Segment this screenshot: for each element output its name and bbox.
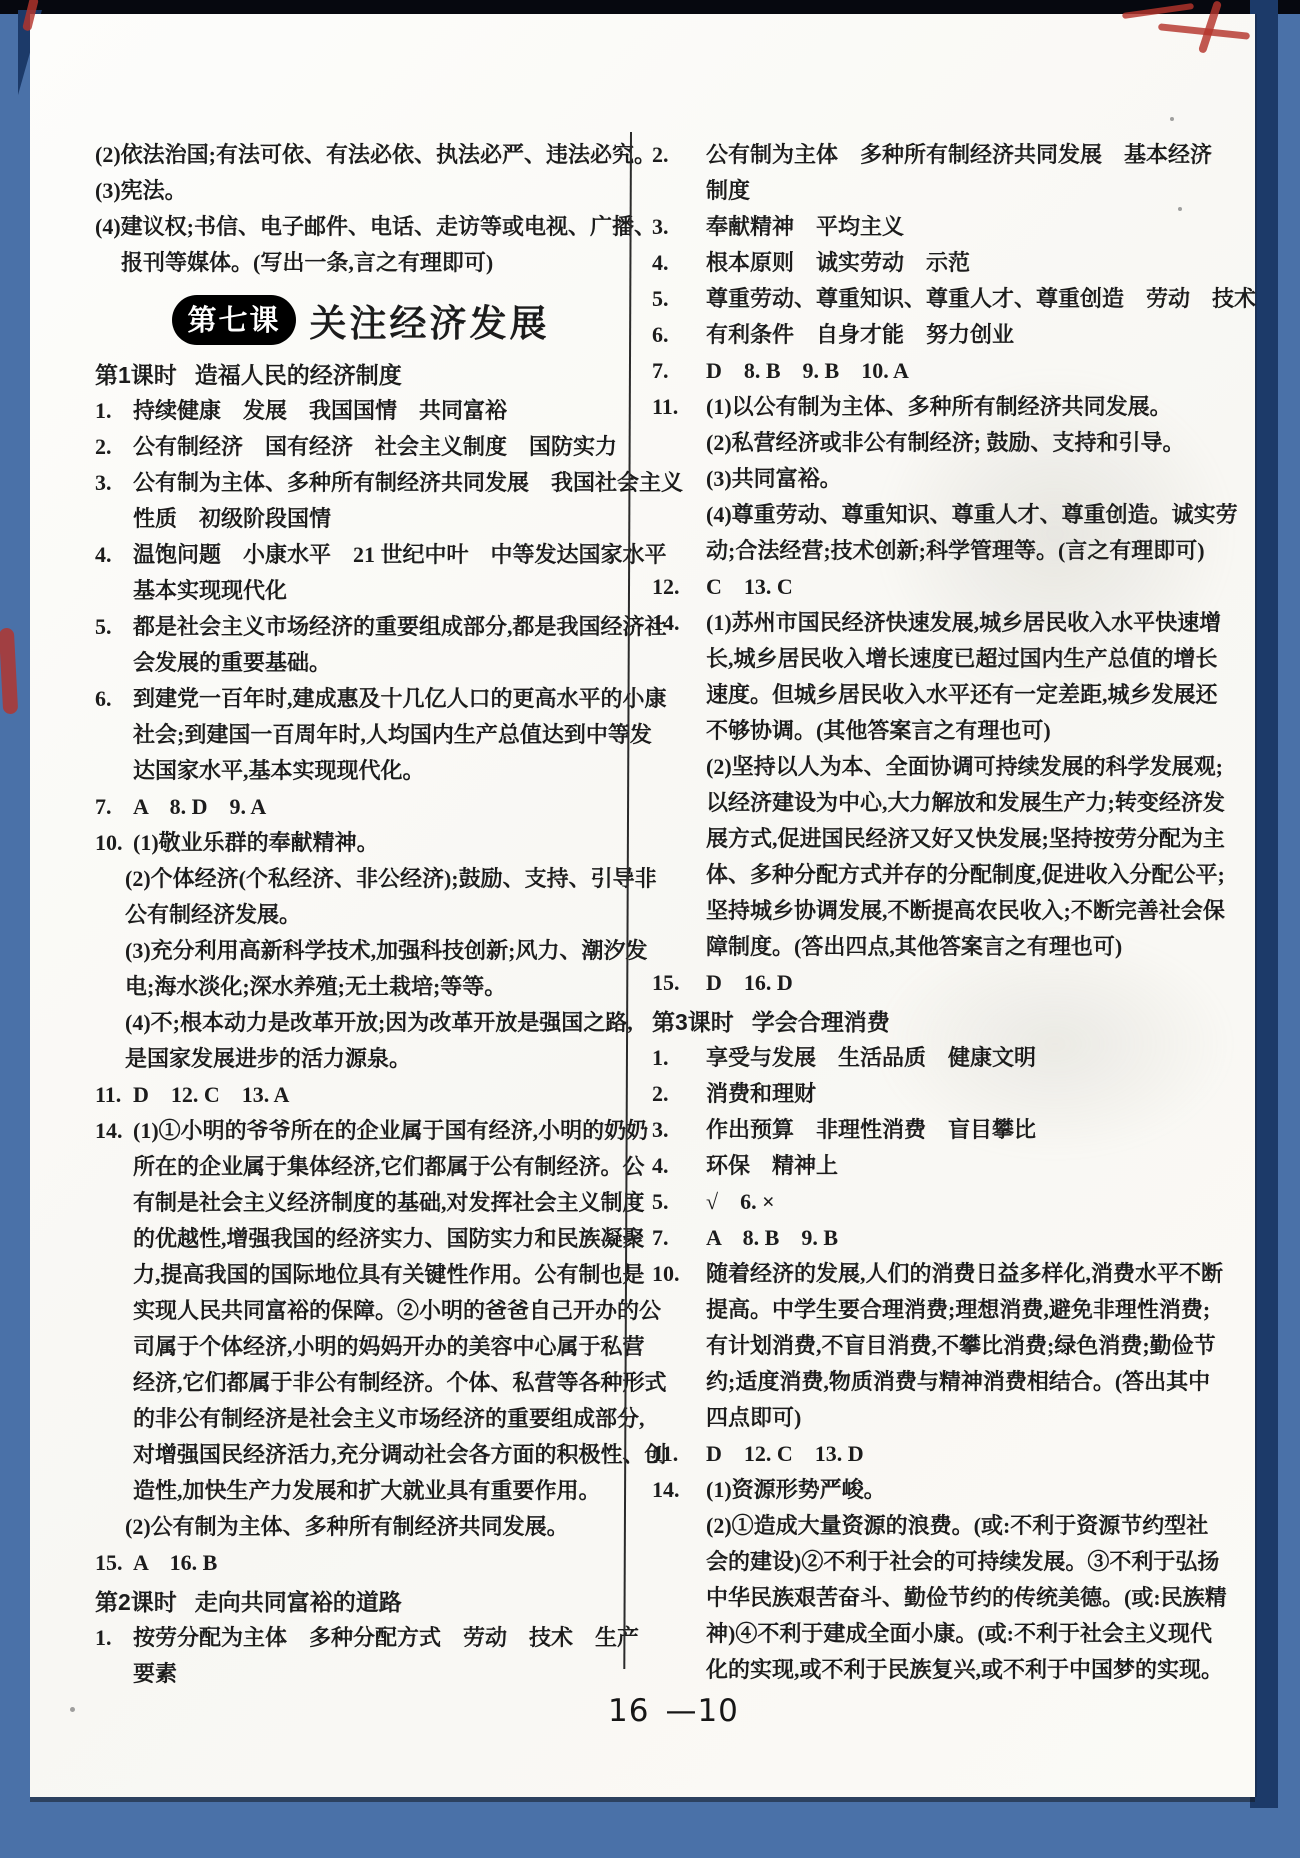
page-footer: 16 —10 (608, 1693, 739, 1729)
answer-line: A 8. B 9. B (706, 1220, 1238, 1256)
workbook-page: (2)依法治国;有法可依、有法必依、执法必严、违法必究。(3)宪法。(4)建议权… (30, 14, 1255, 1797)
sub-answer-block: (3)充分利用高新科学技术,加强科技创新;风力、潮汐发电;海水淡化;深水养殖;无… (95, 933, 627, 1005)
answer-line: 消费和理财 (706, 1076, 1238, 1112)
item-number: 1. (95, 1620, 112, 1656)
item-number: 14. (652, 605, 680, 641)
answer-line: 力,提高我国的国际地位具有关键性作用。公有制也是 (133, 1257, 627, 1293)
item-number: 15. (95, 1545, 123, 1581)
item-number: 4. (652, 245, 669, 281)
answer-block: 5.尊重劳动、尊重知识、尊重人才、尊重创造 劳动 技术 (652, 281, 1238, 317)
answer-block: (2)依法治国;有法可依、有法必依、执法必严、违法必究。 (95, 137, 627, 173)
answer-block: 4.温饱问题 小康水平 21 世纪中叶 中等发达国家水平基本实现现代化 (95, 537, 627, 609)
answer-block: (3)宪法。 (95, 173, 627, 209)
answer-line: 制度 (706, 173, 1238, 209)
answer-line: (2)①造成大量资源的浪费。(或:不利于资源节约型社 (706, 1508, 1238, 1544)
answer-line: 动;合法经营;技术创新;科学管理等。(言之有理即可) (706, 533, 1238, 569)
answer-line: (3)宪法。 (95, 173, 627, 209)
answer-block: 11.(1)以公有制为主体、多种所有制经济共同发展。 (652, 389, 1238, 425)
scanned-workbook-scan: { "colors": { "background_blue": "#4a71a… (0, 0, 1300, 1858)
section-line: 第3课时学会合理消费 (652, 1004, 1238, 1040)
item-number: 5. (652, 1184, 669, 1220)
answer-block: 3.奉献精神 平均主义 (652, 209, 1238, 245)
answer-line: 环保 精神上 (706, 1148, 1238, 1184)
answer-block: 12.C 13. C (652, 569, 1238, 605)
answer-line: 达国家水平,基本实现现代化。 (133, 753, 627, 789)
answer-line: 根本原则 诚实劳动 示范 (706, 245, 1238, 281)
answer-block: 15.A 16. B (95, 1545, 627, 1581)
item-number: 10. (652, 1256, 680, 1292)
chapter-badge: 第七课 (172, 295, 295, 345)
answer-line: 按劳分配为主体 多种分配方式 劳动 技术 生产 (133, 1620, 627, 1656)
answer-line: 有计划消费,不盲目消费,不攀比消费;绿色消费;勤俭节 (706, 1328, 1238, 1364)
answer-block: 3.公有制为主体、多种所有制经济共同发展 我国社会主义性质 初级阶段国情 (95, 465, 627, 537)
answer-line: 长,城乡居民收入增长速度已超过国内生产总值的增长 (706, 641, 1238, 677)
answer-line: (2)个体经济(个私经济、非公经济);鼓励、支持、引导非 (125, 861, 627, 897)
answer-line: D 12. C 13. D (706, 1436, 1238, 1472)
answer-block: 4.根本原则 诚实劳动 示范 (652, 245, 1238, 281)
item-number: 6. (95, 681, 112, 717)
answer-line: 尊重劳动、尊重知识、尊重人才、尊重创造 劳动 技术 (706, 281, 1238, 317)
answer-block: 10.随着经济的发展,人们的消费日益多样化,消费水平不断提高。中学生要合理消费;… (652, 1256, 1238, 1436)
item-number: 10. (95, 825, 123, 861)
item-number: 15. (652, 965, 680, 1001)
answer-block: 14.(1)资源形势严峻。 (652, 1472, 1238, 1508)
page-number: 16 (608, 1693, 649, 1729)
item-number: 4. (652, 1148, 669, 1184)
section-heading: 第2课时走向共同富裕的道路 (95, 1584, 627, 1620)
answer-line: 实现人民共同富裕的保障。②小明的爸爸自己开办的公 (133, 1293, 627, 1329)
answer-line: 持续健康 发展 我国国情 共同富裕 (133, 393, 627, 429)
section-label: 第1课时 (95, 362, 177, 388)
section-heading: 第1课时造福人民的经济制度 (95, 357, 627, 393)
answer-line: (3)充分利用高新科学技术,加强科技创新;风力、潮汐发 (125, 933, 627, 969)
item-number: 2. (652, 137, 669, 173)
section-title: 走向共同富裕的道路 (195, 1589, 402, 1615)
answer-line: 随着经济的发展,人们的消费日益多样化,消费水平不断 (706, 1256, 1238, 1292)
answer-line: 社会;到建国一百周年时,人均国内生产总值达到中等发 (133, 717, 627, 753)
answer-line: 神)④不利于建成全面小康。(或:不利于社会主义现代 (706, 1616, 1238, 1652)
item-number: 3. (652, 209, 669, 245)
answer-line: 的非公有制经济是社会主义市场经济的重要组成部分, (133, 1401, 627, 1437)
answer-block: 1.按劳分配为主体 多种分配方式 劳动 技术 生产要素 (95, 1620, 627, 1692)
answer-line: (1)资源形势严峻。 (706, 1472, 1238, 1508)
answer-block: 10.(1)敬业乐群的奉献精神。 (95, 825, 627, 861)
item-number: 1. (652, 1040, 669, 1076)
answer-block: 1.享受与发展 生活品质 健康文明 (652, 1040, 1238, 1076)
answer-line: 体、多种分配方式并存的分配制度,促进收入分配公平; (706, 857, 1238, 893)
answer-line: 约;适度消费,物质消费与精神消费相结合。(答出其中 (706, 1364, 1238, 1400)
answer-line: 公有制为主体 多种所有制经济共同发展 基本经济 (706, 137, 1238, 173)
answer-line: 经济,它们都属于非公有制经济。个体、私营等各种形式 (133, 1365, 627, 1401)
item-number: 14. (95, 1113, 123, 1149)
answer-line: 享受与发展 生活品质 健康文明 (706, 1040, 1238, 1076)
answer-block: 2.公有制为主体 多种所有制经济共同发展 基本经济制度 (652, 137, 1238, 209)
red-pen-mark (0, 628, 18, 715)
answer-line: C 13. C (706, 569, 1238, 605)
answer-line: 所在的企业属于集体经济,它们都属于公有制经济。公 (133, 1149, 627, 1185)
answer-line: 是国家发展进步的活力源泉。 (125, 1041, 627, 1077)
item-number: 7. (652, 353, 669, 389)
item-number: 11. (95, 1077, 121, 1113)
chapter-heading: 第七课关注经济发展 (95, 293, 627, 347)
section-label: 第2课时 (95, 1589, 177, 1615)
answer-line: 障制度。(答出四点,其他答案言之有理也可) (706, 929, 1238, 965)
item-number: 3. (652, 1112, 669, 1148)
answer-line: 对增强国民经济活力,充分调动社会各方面的积极性、创 (133, 1437, 627, 1473)
page-number-suffix: —10 (665, 1693, 738, 1729)
answer-line: (1)以公有制为主体、多种所有制经济共同发展。 (706, 389, 1238, 425)
item-number: 2. (652, 1076, 669, 1112)
answer-block: 11.D 12. C 13. D (652, 1436, 1238, 1472)
answer-line: 四点即可) (706, 1400, 1238, 1436)
answer-line: 电;海水淡化;深水养殖;无土栽培;等等。 (125, 969, 627, 1005)
section-heading: 第3课时学会合理消费 (652, 1004, 1238, 1040)
answer-line: (4)不;根本动力是改革开放;因为改革开放是强国之路, (125, 1005, 627, 1041)
answer-block: 7.D 8. B 9. B 10. A (652, 353, 1238, 389)
answer-block: 6.有利条件 自身才能 努力创业 (652, 317, 1238, 353)
answer-line: 公有制为主体、多种所有制经济共同发展 我国社会主义 (133, 465, 627, 501)
answer-line: 报刊等媒体。(写出一条,言之有理即可) (95, 245, 627, 281)
section-title: 造福人民的经济制度 (195, 362, 402, 388)
scan-speck (70, 1707, 75, 1712)
answer-block: 5.都是社会主义市场经济的重要组成部分,都是我国经济社会发展的重要基础。 (95, 609, 627, 681)
section-line: 第2课时走向共同富裕的道路 (95, 1584, 627, 1620)
answer-line: D 8. B 9. B 10. A (706, 353, 1238, 389)
answer-line: (1)敬业乐群的奉献精神。 (133, 825, 627, 861)
answer-line: 作出预算 非理性消费 盲目攀比 (706, 1112, 1238, 1148)
answer-line: (1)①小明的爷爷所在的企业属于国有经济,小明的奶奶 (133, 1113, 627, 1149)
section-label: 第3课时 (652, 1009, 734, 1035)
item-number: 1. (95, 393, 112, 429)
answer-block: 4.环保 精神上 (652, 1148, 1238, 1184)
answer-line: 以经济建设为中心,大力解放和发展生产力;转变经济发 (706, 785, 1238, 821)
answer-line: D 16. D (706, 965, 1238, 1001)
item-number: 11. (652, 1436, 678, 1472)
answer-line: 有制是社会主义经济制度的基础,对发挥社会主义制度 (133, 1185, 627, 1221)
right-column: 2.公有制为主体 多种所有制经济共同发展 基本经济制度3.奉献精神 平均主义4.… (652, 137, 1238, 1688)
answer-block: 2.消费和理财 (652, 1076, 1238, 1112)
answer-line: (2)私营经济或非公有制经济; 鼓励、支持和引导。 (706, 425, 1238, 461)
answer-block: 5.√ 6. × (652, 1184, 1238, 1220)
answer-line: 造性,加快生产力发展和扩大就业具有重要作用。 (133, 1473, 627, 1509)
answer-line: 坚持城乡协调发展,不断提高农民收入;不断完善社会保 (706, 893, 1238, 929)
answer-line: 公有制经济发展。 (125, 897, 627, 933)
answer-block: 3.作出预算 非理性消费 盲目攀比 (652, 1112, 1238, 1148)
answer-line: (2)坚持以人为本、全面协调可持续发展的科学发展观; (706, 749, 1238, 785)
answer-line: 化的实现,或不利于民族复兴,或不利于中国梦的实现。 (706, 1652, 1238, 1688)
answer-line: 司属于个体经济,小明的妈妈开办的美容中心属于私营 (133, 1329, 627, 1365)
answer-line: 会发展的重要基础。 (133, 645, 627, 681)
answer-line: 奉献精神 平均主义 (706, 209, 1238, 245)
sub-answer-block: (2)①造成大量资源的浪费。(或:不利于资源节约型社会的建设)②不利于社会的可持… (652, 1508, 1238, 1688)
answer-line: 速度。但城乡居民收入水平还有一定差距,城乡发展还 (706, 677, 1238, 713)
section-title: 学会合理消费 (752, 1009, 890, 1035)
answer-block: 1.持续健康 发展 我国国情 共同富裕 (95, 393, 627, 429)
sub-answer-block: (4)尊重劳动、尊重知识、尊重人才、尊重创造。诚实劳动;合法经营;技术创新;科学… (652, 497, 1238, 569)
item-number: 11. (652, 389, 678, 425)
answer-line: (4)尊重劳动、尊重知识、尊重人才、尊重创造。诚实劳 (706, 497, 1238, 533)
answer-block: 2.公有制经济 国有经济 社会主义制度 国防实力 (95, 429, 627, 465)
answer-line: 中华民族艰苦奋斗、勤俭节约的传统美德。(或:民族精 (706, 1580, 1238, 1616)
chapter-title: 关注经济发展 (310, 293, 550, 347)
item-number: 6. (652, 317, 669, 353)
sub-answer-block: (2)坚持以人为本、全面协调可持续发展的科学发展观;以经济建设为中心,大力解放和… (652, 749, 1238, 965)
sub-answer-block: (2)公有制为主体、多种所有制经济共同发展。 (95, 1509, 627, 1545)
answer-block: (4)建议权;书信、电子邮件、电话、走访等或电视、广播、报刊等媒体。(写出一条,… (95, 209, 627, 281)
answer-line: 提高。中学生要合理消费;理想消费,避免非理性消费; (706, 1292, 1238, 1328)
answer-line: (2)公有制为主体、多种所有制经济共同发展。 (125, 1509, 627, 1545)
answer-line: (1)苏州市国民经济快速发展,城乡居民收入水平快速增 (706, 605, 1238, 641)
item-number: 12. (652, 569, 680, 605)
answer-line: 展方式,促进国民经济又好又快发展;坚持按劳分配为主 (706, 821, 1238, 857)
answer-line: 的优越性,增强我国的经济实力、国防实力和民族凝聚 (133, 1221, 627, 1257)
answer-block: 14.(1)①小明的爷爷所在的企业属于国有经济,小明的奶奶所在的企业属于集体经济… (95, 1113, 627, 1509)
answer-line: A 16. B (133, 1545, 627, 1581)
answer-line: 不够协调。(其他答案言之有理也可) (706, 713, 1238, 749)
answer-line: 到建党一百年时,建成惠及十几亿人口的更高水平的小康 (133, 681, 627, 717)
item-number: 14. (652, 1472, 680, 1508)
answer-block: 7.A 8. D 9. A (95, 789, 627, 825)
scan-speck (1170, 117, 1174, 121)
item-number: 2. (95, 429, 112, 465)
left-column: (2)依法治国;有法可依、有法必依、执法必严、违法必究。(3)宪法。(4)建议权… (95, 137, 627, 1692)
answer-line: 公有制经济 国有经济 社会主义制度 国防实力 (133, 429, 627, 465)
answer-line: D 12. C 13. A (133, 1077, 627, 1113)
answer-line: 要素 (133, 1656, 627, 1692)
item-number: 7. (95, 789, 112, 825)
answer-line: 都是社会主义市场经济的重要组成部分,都是我国经济社 (133, 609, 627, 645)
answer-block: 15.D 16. D (652, 965, 1238, 1001)
answer-line: (3)共同富裕。 (706, 461, 1238, 497)
sub-answer-block: (2)个体经济(个私经济、非公经济);鼓励、支持、引导非公有制经济发展。 (95, 861, 627, 933)
answer-block: 7.A 8. B 9. B (652, 1220, 1238, 1256)
section-line: 第1课时造福人民的经济制度 (95, 357, 627, 393)
sub-answer-block: (4)不;根本动力是改革开放;因为改革开放是强国之路,是国家发展进步的活力源泉。 (95, 1005, 627, 1077)
answer-block: 11.D 12. C 13. A (95, 1077, 627, 1113)
answer-line: (2)依法治国;有法可依、有法必依、执法必严、违法必究。 (95, 137, 627, 173)
answer-line: 基本实现现代化 (133, 573, 627, 609)
item-number: 5. (95, 609, 112, 645)
answer-line: √ 6. × (706, 1184, 1238, 1220)
item-number: 4. (95, 537, 112, 573)
answer-line: A 8. D 9. A (133, 789, 627, 825)
answer-block: 6.到建党一百年时,建成惠及十几亿人口的更高水平的小康社会;到建国一百周年时,人… (95, 681, 627, 789)
answer-line: (4)建议权;书信、电子邮件、电话、走访等或电视、广播、 (95, 209, 627, 245)
sub-answer-block: (2)私营经济或非公有制经济; 鼓励、支持和引导。 (652, 425, 1238, 461)
answer-line: 会的建设)②不利于社会的可持续发展。③不利于弘扬 (706, 1544, 1238, 1580)
item-number: 7. (652, 1220, 669, 1256)
answer-block: 14.(1)苏州市国民经济快速发展,城乡居民收入水平快速增长,城乡居民收入增长速… (652, 605, 1238, 749)
answer-line: 温饱问题 小康水平 21 世纪中叶 中等发达国家水平 (133, 537, 627, 573)
answer-line: 性质 初级阶段国情 (133, 501, 627, 537)
scanner-top-band (0, 0, 1300, 14)
item-number: 5. (652, 281, 669, 317)
item-number: 3. (95, 465, 112, 501)
sub-answer-block: (3)共同富裕。 (652, 461, 1238, 497)
answer-line: 有利条件 自身才能 努力创业 (706, 317, 1238, 353)
